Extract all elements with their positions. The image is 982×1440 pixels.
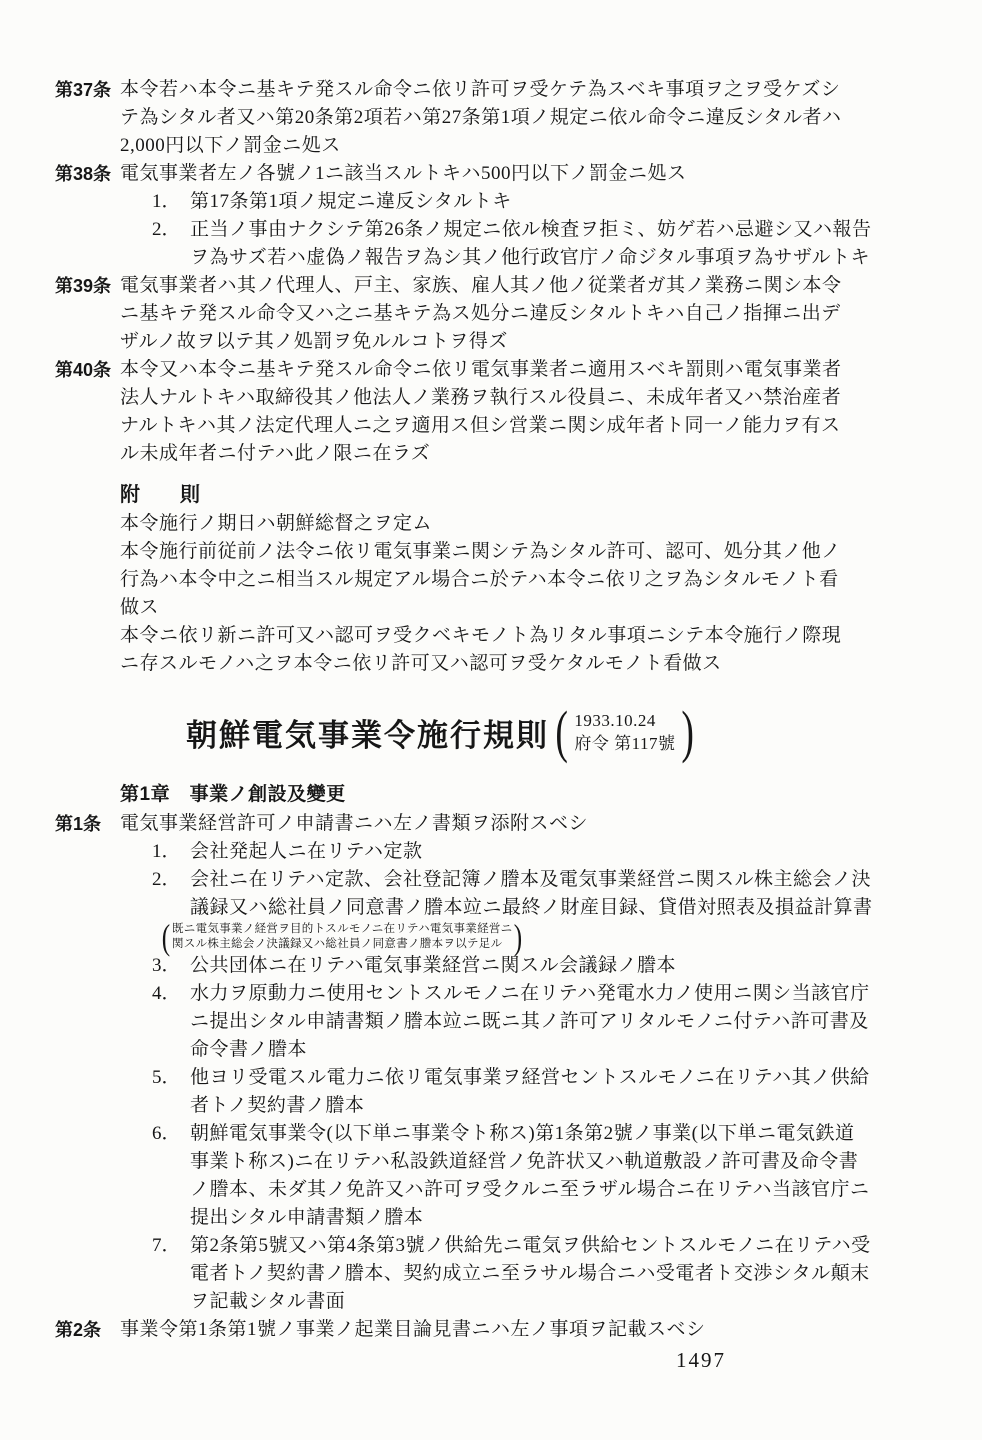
text-line: 命令書ノ謄本 xyxy=(190,1036,982,1064)
article-2: 第2条 事業令第1条第1號ノ事業ノ起業目論見書ニハ左ノ事項ヲ記載スベシ xyxy=(0,1316,982,1344)
article-39: 第39条 電気事業者ハ其ノ代理人、戸主、家族、雇人其ノ他ノ従業者ガ其ノ業務ニ関シ… xyxy=(0,272,982,356)
article-37-label: 第37条 xyxy=(55,76,120,160)
list-item-2: 2． 会社ニ在リテハ定款、会社登記簿ノ謄本及電気事業経営ニ関スル株主総会ノ決 議… xyxy=(120,866,982,922)
open-paren: ( xyxy=(555,699,568,765)
text-line: 電気事業者ハ其ノ代理人、戸主、家族、雇人其ノ他ノ従業者ガ其ノ業務ニ関シ本令 xyxy=(120,272,982,300)
close-paren: ) xyxy=(514,922,522,952)
article-40-label: 第40条 xyxy=(55,356,120,468)
page-number: 1497 xyxy=(676,1348,726,1373)
ordinance-number: 府令 第117號 xyxy=(574,732,675,755)
text-line: 本令施行前従前ノ法令ニ依リ電気事業ニ関シテ為シタル許可、認可、処分其ノ他ノ xyxy=(120,538,982,566)
text-line: ザルノ故ヲ以テ其ノ処罰ヲ免ルルコトヲ得ズ xyxy=(120,328,982,356)
text-line: 行為ハ本令中之ニ相当スル規定アル場合ニ於テハ本令ニ依リ之ヲ為シタルモノト看 xyxy=(120,566,982,594)
article-1: 第1条 電気事業経営許可ノ申請書ニハ左ノ書類ヲ添附スベシ 1． 会社発起人ニ在リ… xyxy=(0,810,982,1316)
article-37: 第37条 本令若ハ本令ニ基キテ発スル命令ニ依リ許可ヲ受ケテ為スベキ事項ヲ之ヲ受ケ… xyxy=(0,76,982,160)
text-line: 公共団体ニ在リテハ電気事業経営ニ関スル会議録ノ謄本 xyxy=(190,952,982,980)
item-text: 公共団体ニ在リテハ電気事業経営ニ関スル会議録ノ謄本 xyxy=(190,952,982,980)
text-line: ヲ為サズ若ハ虚偽ノ報告ヲ為シ其ノ他行政官庁ノ命ジタル事項ヲ為サザルトキ xyxy=(190,244,982,272)
title-meta: 1933.10.24 府令 第117號 xyxy=(574,709,675,755)
list-item-2: 2． 正当ノ事由ナクシテ第26条ノ規定ニ依ル検査ヲ拒ミ、妨ゲ若ハ忌避シ又ハ報告 … xyxy=(120,216,982,272)
item-text: 第17条第1項ノ規定ニ違反シタルトキ xyxy=(190,188,982,216)
article-39-body: 電気事業者ハ其ノ代理人、戸主、家族、雇人其ノ他ノ従業者ガ其ノ業務ニ関シ本令 ニ基… xyxy=(120,272,982,356)
text-line: ニ存スルモノハ之ヲ本令ニ依リ許可又ハ認可ヲ受ケタルモノト看做ス xyxy=(120,650,982,678)
chapter-heading: 第1章 事業ノ創設及變更 xyxy=(120,780,982,810)
text-line: 関スル株主総会ノ決議録又ハ総社員ノ同意書ノ謄本ヲ以テ足ル xyxy=(172,937,512,952)
item-number: 2． xyxy=(152,866,190,922)
text-line: 電気事業者左ノ各號ノ1ニ該当スルトキハ500円以下ノ罰金ニ処ス xyxy=(120,160,982,188)
item-text: 第2条第5號又ハ第4条第3號ノ供給先ニ電気ヲ供給セントスルモノニ在リテハ受 電者… xyxy=(190,1232,982,1316)
item-number: 2． xyxy=(152,216,190,272)
item-text: 会社ニ在リテハ定款、会社登記簿ノ謄本及電気事業経営ニ関スル株主総会ノ決 議録又ハ… xyxy=(190,866,982,922)
promulgation-date: 1933.10.24 xyxy=(574,709,675,732)
text-line: 法人ナルトキハ取締役其ノ他法人ノ業務ヲ執行スル役員ニ、未成年者又ハ禁治産者 xyxy=(120,384,982,412)
article-2-label: 第2条 xyxy=(55,1316,120,1344)
item-text: 朝鮮電気事業令(以下単ニ事業令ト称ス)第1条第2號ノ事業(以下単ニ電気鉄道 事業… xyxy=(190,1120,982,1232)
item-text: 会社発起人ニ在リテハ定款 xyxy=(190,838,982,866)
text-line: 電者トノ契約書ノ謄本、契約成立ニ至ラサル場合ニハ受電者ト交渉シタル顛末 xyxy=(190,1260,982,1288)
text-line: 他ヨリ受電スル電力ニ依リ電気事業ヲ経営セントスルモノニ在リテハ其ノ供給 xyxy=(190,1064,982,1092)
list-item-6: 6． 朝鮮電気事業令(以下単ニ事業令ト称ス)第1条第2號ノ事業(以下単ニ電気鉄道… xyxy=(120,1120,982,1232)
text-line: ル未成年者ニ付テハ此ノ限ニ在ラズ xyxy=(120,440,982,468)
list-item-4: 4． 水力ヲ原動力ニ使用セントスルモノニ在リテハ発電水力ノ使用ニ関シ当該官庁 ニ… xyxy=(120,980,982,1064)
text-line: ニ基キテ発スル命令又ハ之ニ基キテ為ス処分ニ違反シタルトキハ自己ノ指揮ニ出デ xyxy=(120,300,982,328)
text-line: 会社発起人ニ在リテハ定款 xyxy=(190,838,982,866)
article-2-body: 事業令第1条第1號ノ事業ノ起業目論見書ニハ左ノ事項ヲ記載スベシ xyxy=(120,1316,982,1344)
regulation-title: 朝鮮電気事業令施行規則 xyxy=(186,710,549,755)
text-line: 水力ヲ原動力ニ使用セントスルモノニ在リテハ発電水力ノ使用ニ関シ当該官庁 xyxy=(190,980,982,1008)
item-number: 1． xyxy=(152,188,190,216)
text-line: 既ニ電気事業ノ経営ヲ目的トスルモノニ在リテハ電気事業経営ニ xyxy=(172,922,512,937)
item-number: 5． xyxy=(152,1064,190,1120)
list-item-3: 3． 公共団体ニ在リテハ電気事業経営ニ関スル会議録ノ謄本 xyxy=(120,952,982,980)
text-line: 第17条第1項ノ規定ニ違反シタルトキ xyxy=(190,188,982,216)
text-line: 事業ト称ス)ニ在リテハ私設鉄道経営ノ免許状又ハ軌道敷設ノ許可書及命令書 xyxy=(190,1148,982,1176)
list-item-7: 7． 第2条第5號又ハ第4条第3號ノ供給先ニ電気ヲ供給セントスルモノニ在リテハ受… xyxy=(120,1232,982,1316)
text-line: 者トノ契約書ノ謄本 xyxy=(190,1092,982,1120)
text-line: 事業令第1条第1號ノ事業ノ起業目論見書ニハ左ノ事項ヲ記載スベシ xyxy=(120,1316,982,1344)
item-text: 水力ヲ原動力ニ使用セントスルモノニ在リテハ発電水力ノ使用ニ関シ当該官庁 ニ提出シ… xyxy=(190,980,982,1064)
text-line: 正当ノ事由ナクシテ第26条ノ規定ニ依ル検査ヲ拒ミ、妨ゲ若ハ忌避シ又ハ報告 xyxy=(190,216,982,244)
text-line: ナルトキハ其ノ法定代理人ニ之ヲ適用ス但シ営業ニ関シ成年者ト同一ノ能力ヲ有ス xyxy=(120,412,982,440)
item-number: 7． xyxy=(152,1232,190,1316)
text-line: 本令施行ノ期日ハ朝鮮総督之ヲ定ム xyxy=(120,510,982,538)
article-40: 第40条 本令又ハ本令ニ基キテ発スル命令ニ依リ電気事業者ニ適用スベキ罰則ハ電気事… xyxy=(0,356,982,468)
close-paren: ) xyxy=(682,699,695,765)
text-line: ノ謄本、未ダ其ノ免許又ハ許可ヲ受クルニ至ラザル場合ニ在リテハ当該官庁ニ xyxy=(190,1176,982,1204)
list-item-5: 5． 他ヨリ受電スル電力ニ依リ電気事業ヲ経営セントスルモノニ在リテハ其ノ供給 者… xyxy=(120,1064,982,1120)
open-paren: ( xyxy=(162,922,170,952)
article-1-label: 第1条 xyxy=(55,810,120,1316)
text-line: 本令ニ依リ新ニ許可又ハ認可ヲ受クベキモノト為リタル事項ニシテ本令施行ノ際現 xyxy=(120,622,982,650)
text-line: 電気事業経営許可ノ申請書ニハ左ノ書類ヲ添附スベシ xyxy=(120,810,982,838)
article-38: 第38条 電気事業者左ノ各號ノ1ニ該当スルトキハ500円以下ノ罰金ニ処ス 1． … xyxy=(0,160,982,272)
parenthetical-note: ( 既ニ電気事業ノ経営ヲ目的トスルモノニ在リテハ電気事業経営ニ 関スル株主総会ノ… xyxy=(160,922,982,952)
text-line: 本令又ハ本令ニ基キテ発スル命令ニ依リ電気事業者ニ適用スベキ罰則ハ電気事業者 xyxy=(120,356,982,384)
text-line: 做ス xyxy=(120,594,982,622)
text-line: ニ提出シタル申請書類ノ謄本竝ニ既ニ其ノ許可アリタルモノニ付テハ許可書及 xyxy=(190,1008,982,1036)
supplementary-section: 本令施行ノ期日ハ朝鮮総督之ヲ定ム 本令施行前従前ノ法令ニ依リ電気事業ニ関シテ為シ… xyxy=(120,510,982,678)
item-number: 3． xyxy=(152,952,190,980)
item-number: 6． xyxy=(152,1120,190,1232)
text-line: 本令若ハ本令ニ基キテ発スル命令ニ依リ許可ヲ受ケテ為スベキ事項ヲ之ヲ受ケズシ xyxy=(120,76,982,104)
article-40-body: 本令又ハ本令ニ基キテ発スル命令ニ依リ電気事業者ニ適用スベキ罰則ハ電気事業者 法人… xyxy=(120,356,982,468)
list-item-1: 1． 第17条第1項ノ規定ニ違反シタルトキ xyxy=(120,188,982,216)
article-1-body: 電気事業経営許可ノ申請書ニハ左ノ書類ヲ添附スベシ 1． 会社発起人ニ在リテハ定款… xyxy=(120,810,982,1316)
item-text: 正当ノ事由ナクシテ第26条ノ規定ニ依ル検査ヲ拒ミ、妨ゲ若ハ忌避シ又ハ報告 ヲ為サ… xyxy=(190,216,982,272)
article-37-body: 本令若ハ本令ニ基キテ発スル命令ニ依リ許可ヲ受ケテ為スベキ事項ヲ之ヲ受ケズシ テ為… xyxy=(120,76,982,160)
supplementary-heading: 附 則 xyxy=(120,480,982,510)
text-line: 会社ニ在リテハ定款、会社登記簿ノ謄本及電気事業経営ニ関スル株主総会ノ決 xyxy=(190,866,982,894)
note-lines: 既ニ電気事業ノ経営ヲ目的トスルモノニ在リテハ電気事業経営ニ 関スル株主総会ノ決議… xyxy=(172,922,512,952)
text-line: 議録又ハ総社員ノ同意書ノ謄本竝ニ最終ノ財産目録、貸借対照表及損益計算書 xyxy=(190,894,982,922)
article-38-label: 第38条 xyxy=(55,160,120,272)
page-content: 第37条 本令若ハ本令ニ基キテ発スル命令ニ依リ許可ヲ受ケテ為スベキ事項ヲ之ヲ受ケ… xyxy=(0,0,982,1344)
text-line: 2,000円以下ノ罰金ニ処ス xyxy=(120,132,982,160)
text-line: ヲ記載シタル書面 xyxy=(190,1288,982,1316)
list-item-1: 1． 会社発起人ニ在リテハ定款 xyxy=(120,838,982,866)
item-number: 1． xyxy=(152,838,190,866)
item-number: 4． xyxy=(152,980,190,1064)
text-line: テ為シタル者又ハ第20条第2項若ハ第27条第1項ノ規定ニ依ル命令ニ違反シタル者ハ xyxy=(120,104,982,132)
regulation-title-block: 朝鮮電気事業令施行規則 ( 1933.10.24 府令 第117號 ) xyxy=(186,696,982,768)
text-line: 朝鮮電気事業令(以下単ニ事業令ト称ス)第1条第2號ノ事業(以下単ニ電気鉄道 xyxy=(190,1120,982,1148)
text-line: 第2条第5號又ハ第4条第3號ノ供給先ニ電気ヲ供給セントスルモノニ在リテハ受 xyxy=(190,1232,982,1260)
scanned-document-page: 第37条 本令若ハ本令ニ基キテ発スル命令ニ依リ許可ヲ受ケテ為スベキ事項ヲ之ヲ受ケ… xyxy=(0,0,982,1440)
item-text: 他ヨリ受電スル電力ニ依リ電気事業ヲ経営セントスルモノニ在リテハ其ノ供給 者トノ契… xyxy=(190,1064,982,1120)
text-line: 提出シタル申請書類ノ謄本 xyxy=(190,1204,982,1232)
article-39-label: 第39条 xyxy=(55,272,120,356)
article-38-body: 電気事業者左ノ各號ノ1ニ該当スルトキハ500円以下ノ罰金ニ処ス 1． 第17条第… xyxy=(120,160,982,272)
